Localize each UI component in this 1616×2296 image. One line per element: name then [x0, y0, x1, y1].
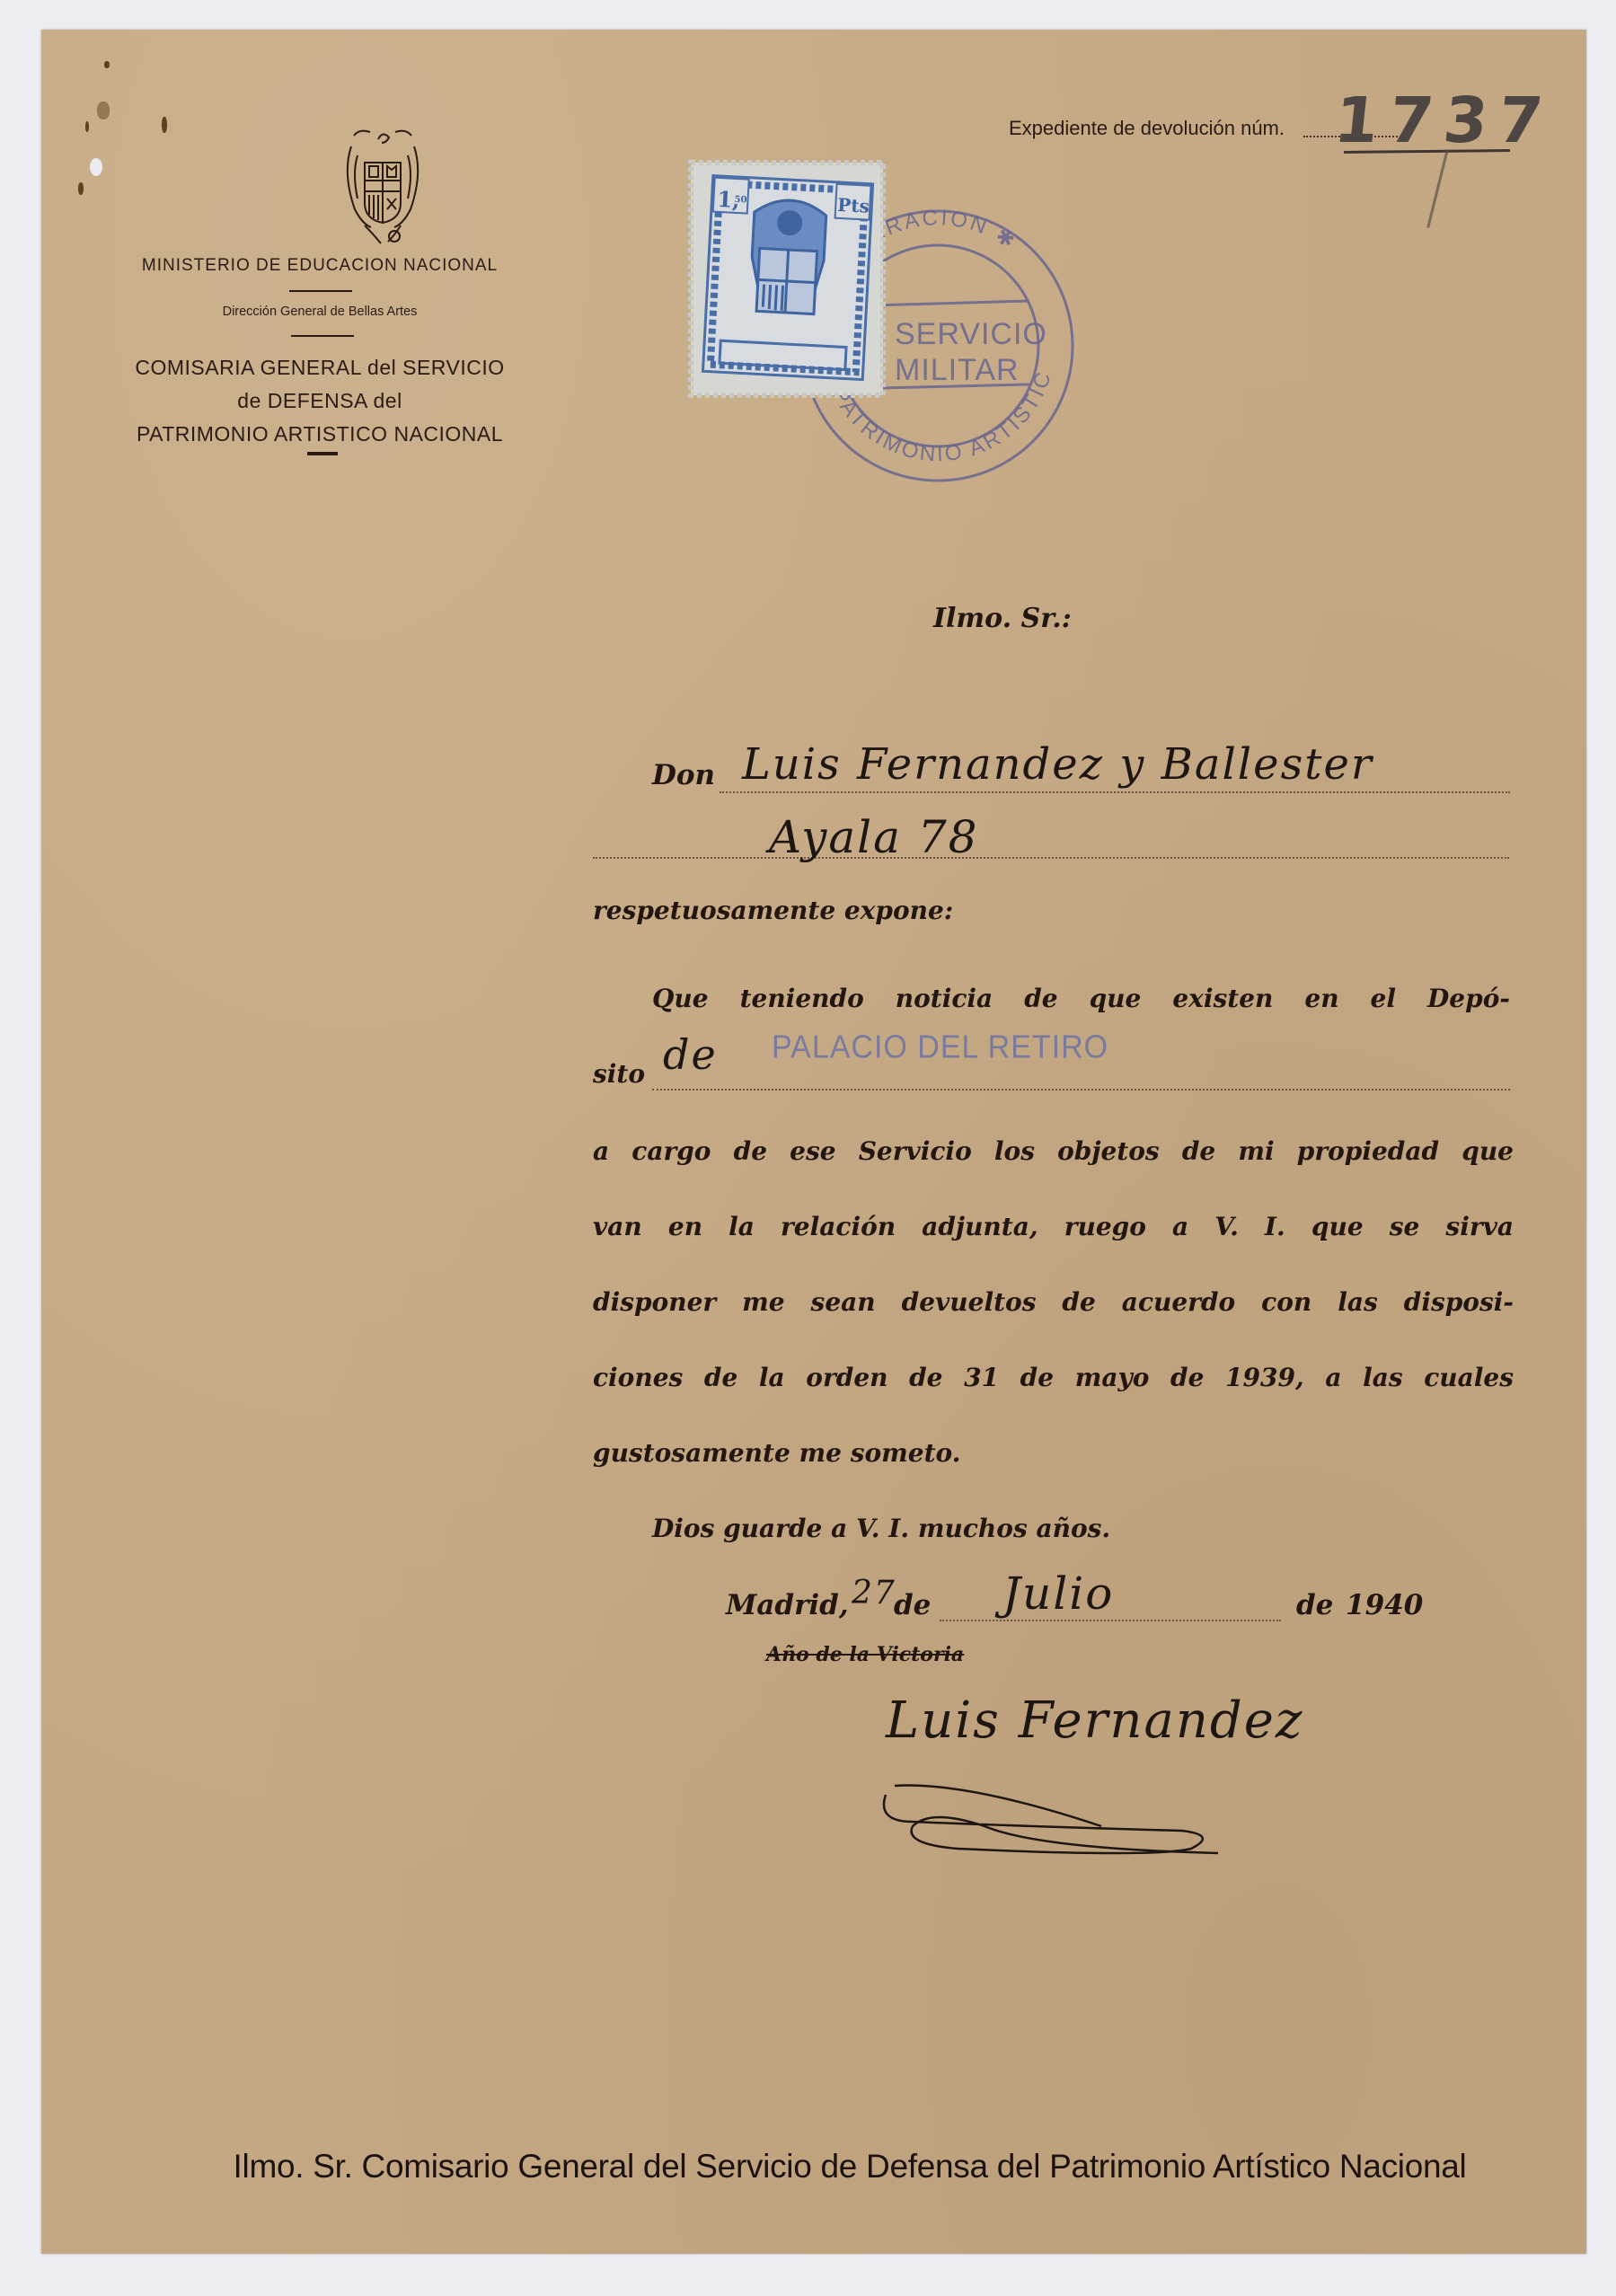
file-number-handwritten: 1737 [1331, 84, 1557, 157]
date-month-handwritten: Julio [1002, 1567, 1114, 1620]
commission-line-2: de DEFENSA del [131, 384, 508, 418]
divider [289, 290, 352, 292]
directorate-name: Dirección General de Bellas Artes [104, 305, 535, 319]
footer-addressee: Ilmo. Sr. Comisario General del Servicio… [176, 2148, 1523, 2186]
paper-stain [104, 61, 110, 68]
body-closing: Dios guarde a V. I. muchos años. [652, 1514, 1573, 1543]
applicant-prefix: Don [652, 759, 715, 791]
salutation: Ilmo. Sr.: [933, 603, 1072, 634]
body-line-6: ciones de la orden de 31 de mayo de 1939… [593, 1363, 1514, 1392]
date-day-handwritten: 27 [852, 1575, 896, 1612]
deposit-dotted-line [652, 1089, 1510, 1091]
spanish-coat-of-arms-icon [338, 119, 428, 263]
divider [307, 452, 338, 455]
signature-handwritten: Luis Fernandez [886, 1691, 1303, 1750]
applicant-address-handwritten: Ayala 78 [769, 811, 978, 863]
svg-text:50: 50 [734, 195, 747, 206]
date-city: Madrid, [726, 1589, 849, 1621]
body-line-7: gustosamente me someto. [593, 1438, 1514, 1468]
commission-name: COMISARIA GENERAL del SERVICIO de DEFENS… [131, 351, 508, 451]
applicant-name-dotted-line [720, 791, 1510, 793]
svg-text:SERVICIO: SERVICIO [895, 317, 1047, 351]
svg-text:Pts: Pts [837, 194, 870, 217]
paper-stain [78, 182, 84, 195]
body-line-3: a cargo de ese Servicio los objetos de m… [593, 1136, 1514, 1166]
deposit-handwritten: de [663, 1030, 718, 1079]
body-line-4: van en la relación adjunta, ruego a V. I… [593, 1212, 1514, 1241]
paper-hole [90, 158, 102, 176]
body-line-1: Que teniendo noticia de que existen en e… [652, 984, 1510, 1013]
divider [291, 335, 354, 337]
pencil-stroke [1426, 149, 1449, 228]
signature-flourish-icon [877, 1777, 1218, 1867]
date-month-dotted-line [940, 1620, 1281, 1621]
commission-line-3: PATRIMONIO ARTISTICO NACIONAL [131, 418, 508, 451]
paper-stain [85, 121, 89, 132]
revenue-stamp-icon: 1, 50 Pts [688, 160, 886, 398]
deposit-stamp: PALACIO DEL RETIRO [772, 1029, 1108, 1066]
body-line-2-prefix: sito [593, 1059, 645, 1089]
applicant-address-dotted-line [593, 857, 1509, 859]
body-intro: respetuosamente expone: [593, 896, 1514, 925]
file-number-label: Expediente de devolución núm. [1009, 117, 1285, 140]
applicant-name-handwritten: Luis Fernandez y Ballester [742, 739, 1373, 790]
date-de-2: de [1296, 1589, 1333, 1621]
date-de-1: de [894, 1589, 931, 1621]
paper-stain [97, 102, 110, 119]
ministry-name: MINISTERIO DE EDUCACION NACIONAL [104, 256, 535, 276]
svg-text:MILITAR: MILITAR [895, 353, 1020, 387]
document-page: MINISTERIO DE EDUCACION NACIONAL Direcci… [41, 30, 1586, 2254]
commission-line-1: COMISARIA GENERAL del SERVICIO [131, 351, 508, 384]
date-year: 1940 [1346, 1589, 1423, 1621]
struck-text: Año de la Victoria [766, 1643, 964, 1666]
paper-stain [162, 117, 167, 133]
body-line-5: disponer me sean devueltos de acuerdo co… [593, 1287, 1514, 1317]
